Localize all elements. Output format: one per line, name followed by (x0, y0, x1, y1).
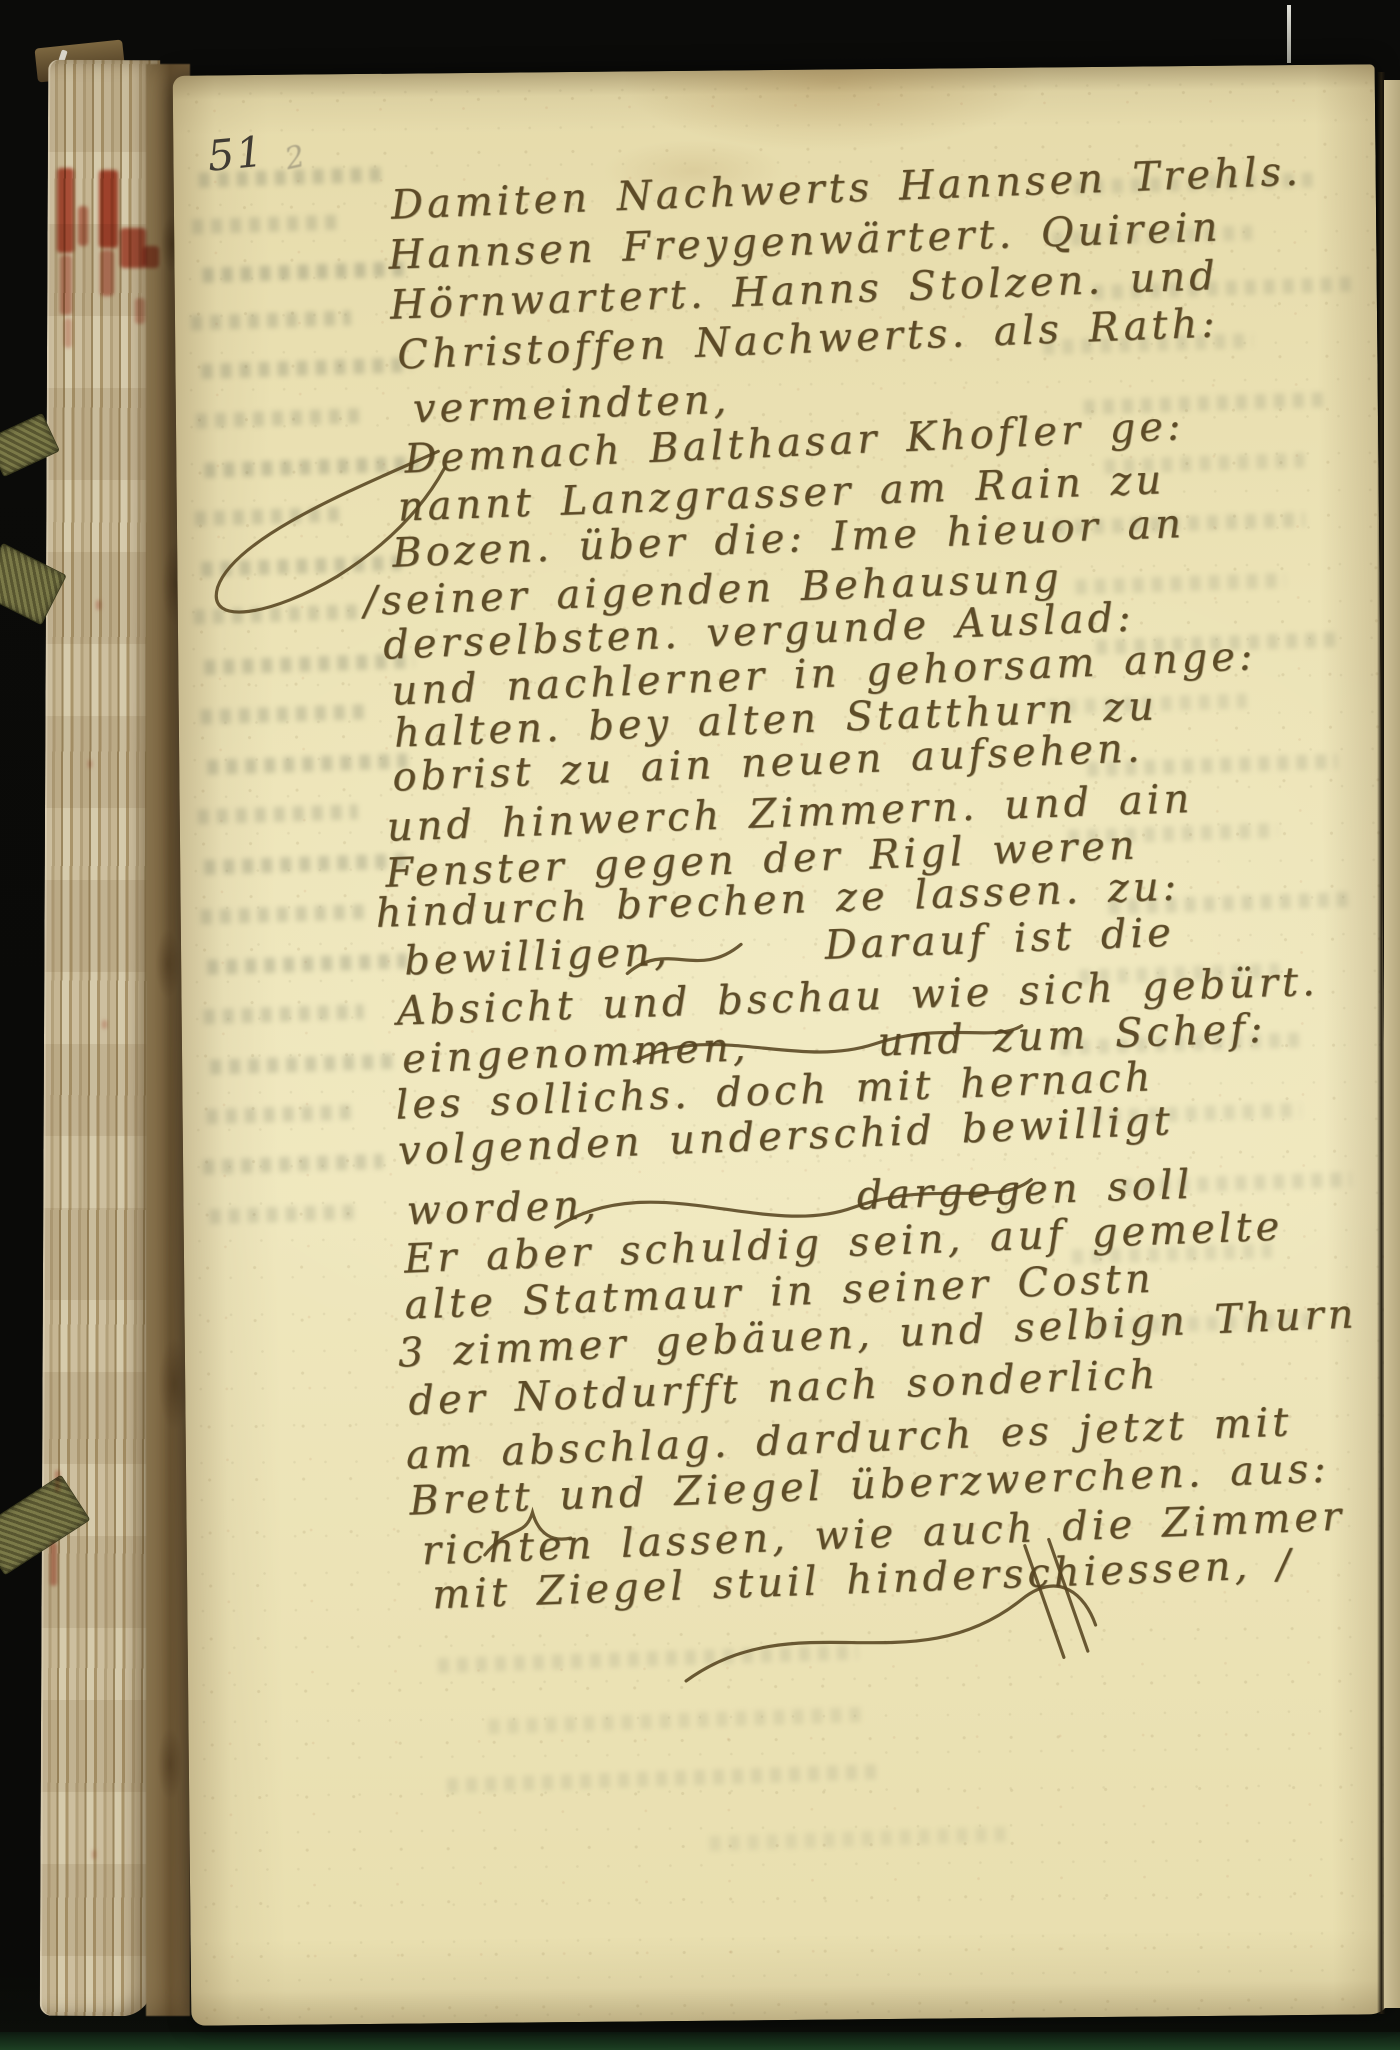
bleedthrough-line (201, 904, 371, 924)
bleedthrough-line (203, 1004, 363, 1024)
second-page-sliver (1384, 80, 1400, 2008)
bleedthrough-line (488, 1707, 868, 1734)
bleedthrough-line (203, 1154, 383, 1175)
red-edge-mark (88, 760, 92, 768)
bleedthrough-line (204, 853, 409, 875)
red-edge-mark (64, 318, 72, 348)
fore-edge-page-stack (40, 60, 161, 2016)
red-edge-mark (100, 250, 114, 296)
red-edge-mark (92, 1850, 96, 1859)
bleedthrough-line (204, 456, 419, 478)
page: 51 2 Damiten Nachwerts Hannsen Trehls.Ha… (173, 64, 1394, 2025)
bleedthrough-line (207, 753, 407, 774)
bleedthrough-line (194, 604, 359, 624)
bleedthrough-line (1075, 573, 1285, 595)
red-edge-mark (99, 170, 118, 248)
bleedthrough-line (709, 1826, 1009, 1851)
bleedthrough-line (210, 1054, 400, 1075)
bleedthrough-line (192, 214, 342, 234)
handwriting-block: Damiten Nachwerts Hannsen Trehls.Hannsen… (173, 64, 1375, 76)
bleedthrough-line (191, 310, 351, 330)
red-edge-mark (135, 298, 145, 324)
bleedthrough-line (196, 408, 366, 428)
red-edge-mark (78, 206, 88, 246)
bleedthrough-line (201, 357, 411, 379)
red-edge-mark (96, 600, 101, 610)
bleedthrough-line (202, 261, 407, 283)
red-edge-mark (50, 1542, 57, 1586)
bleedthrough-line (207, 953, 407, 974)
manuscript-photo: 51 2 Damiten Nachwerts Hannsen Trehls.Ha… (0, 0, 1400, 2050)
red-edge-mark (60, 255, 72, 315)
bleedthrough-line (447, 1764, 877, 1793)
handwriting-line: vermeindten, (412, 380, 730, 430)
bleedthrough-line (201, 555, 401, 576)
bleedthrough-line (438, 1645, 858, 1674)
bleedthrough-line (198, 804, 358, 824)
leaf-edge-highlight (1287, 5, 1291, 63)
bleedthrough-line (201, 704, 371, 724)
red-edge-mark (102, 1020, 107, 1029)
red-edge-mark (55, 1470, 60, 1492)
bleedthrough-layer (173, 64, 1375, 76)
red-edge-mark (57, 168, 74, 253)
bleedthrough-line (209, 1204, 359, 1224)
red-edge-mark (143, 246, 159, 268)
bleedthrough-line (195, 506, 345, 526)
bleedthrough-line (206, 1104, 356, 1124)
table-mat-strip (0, 2032, 1400, 2050)
